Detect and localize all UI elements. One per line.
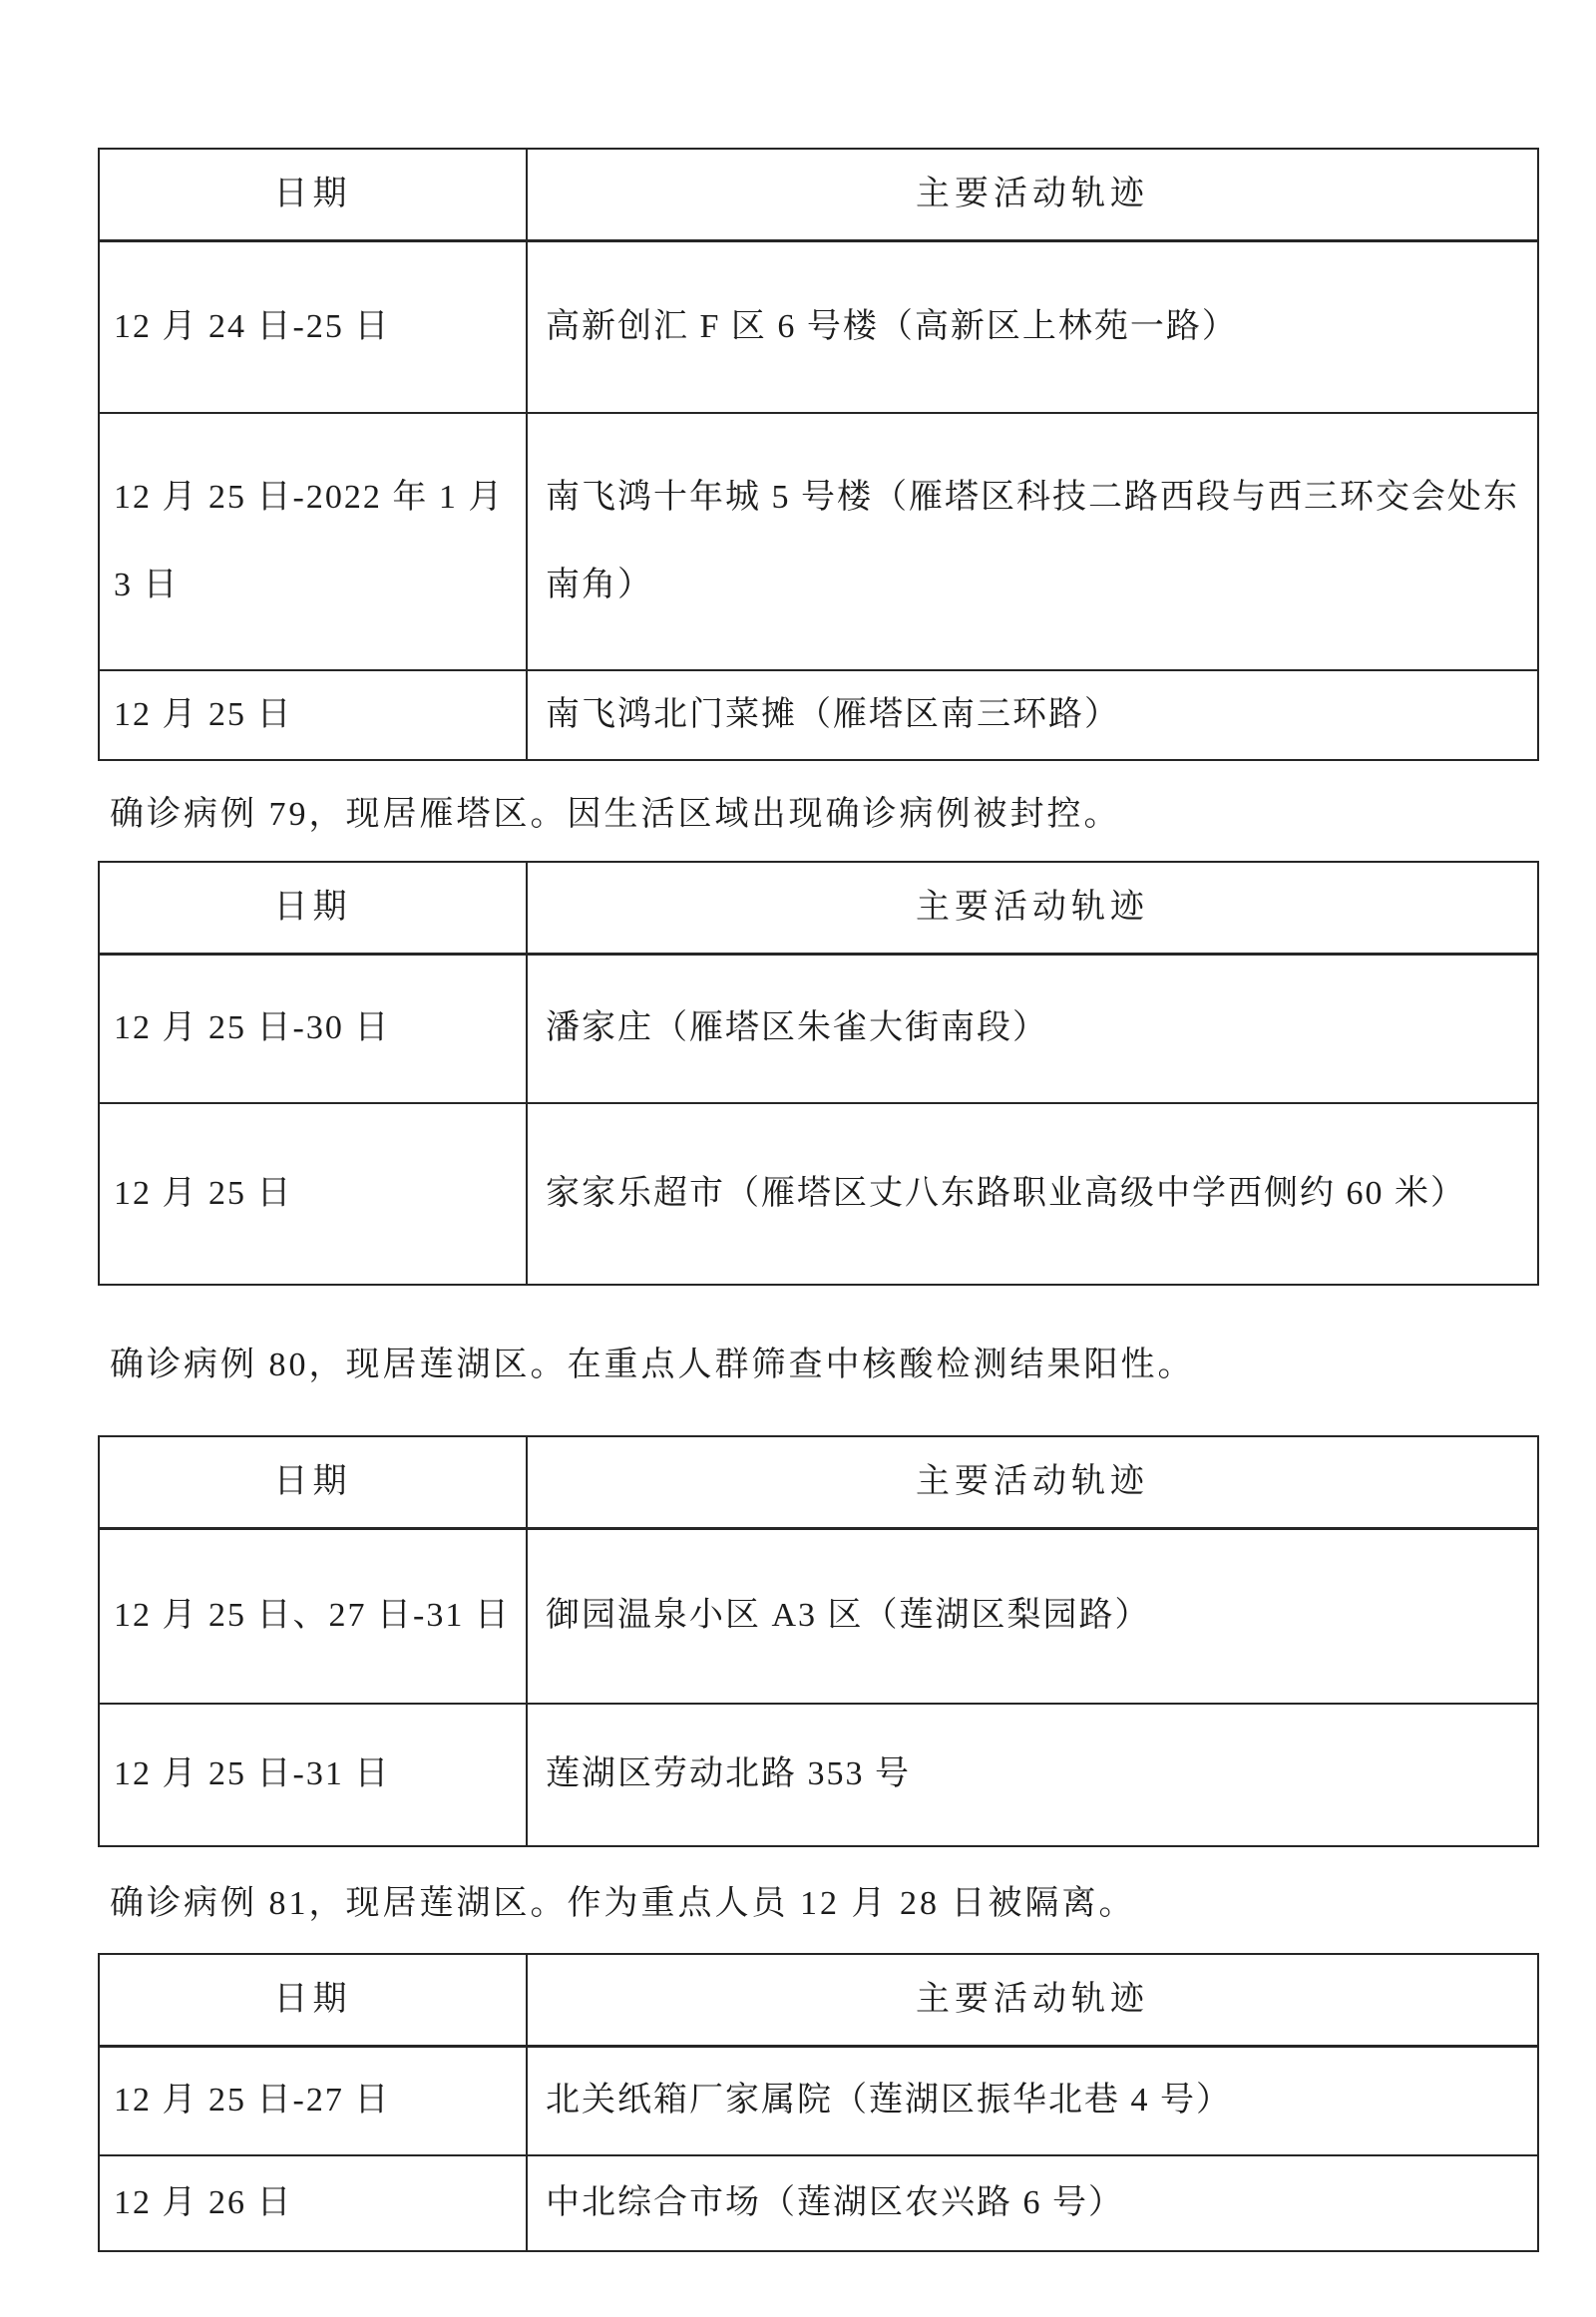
track-cell: 潘家庄（雁塔区朱雀大街南段） [527, 954, 1538, 1103]
case-80-paragraph: 确诊病例 80，现居莲湖区。在重点人群筛查中核酸检测结果阳性。 [0, 1286, 1596, 1435]
table-row: 12 月 24 日-25 日 高新创汇 F 区 6 号楼（高新区上林苑一路） [99, 241, 1538, 413]
header-date: 日期 [99, 149, 527, 241]
date-cell: 12 月 25 日-27 日 [99, 2046, 527, 2155]
table-header-row: 日期 主要活动轨迹 [99, 1436, 1538, 1529]
header-track: 主要活动轨迹 [527, 1954, 1538, 2047]
activity-table-4: 日期 主要活动轨迹 12 月 25 日-27 日 北关纸箱厂家属院（莲湖区振华北… [98, 1953, 1539, 2253]
table-header-row: 日期 主要活动轨迹 [99, 862, 1538, 955]
date-cell: 12 月 25 日-2022 年 1 月 3 日 [99, 413, 527, 670]
table-row: 12 月 25 日 家家乐超市（雁塔区丈八东路职业高级中学西侧约 60 米） [99, 1103, 1538, 1285]
case-79-paragraph: 确诊病例 79，现居雁塔区。因生活区域出现确诊病例被封控。 [0, 761, 1596, 861]
header-track: 主要活动轨迹 [527, 149, 1538, 241]
header-track: 主要活动轨迹 [527, 1436, 1538, 1529]
date-cell: 12 月 24 日-25 日 [99, 241, 527, 413]
header-date: 日期 [99, 1954, 527, 2047]
activity-table-1: 日期 主要活动轨迹 12 月 24 日-25 日 高新创汇 F 区 6 号楼（高… [98, 148, 1539, 761]
case-81-paragraph: 确诊病例 81，现居莲湖区。作为重点人员 12 月 28 日被隔离。 [0, 1847, 1596, 1953]
header-date: 日期 [99, 1436, 527, 1529]
document-page: 日期 主要活动轨迹 12 月 24 日-25 日 高新创汇 F 区 6 号楼（高… [0, 0, 1596, 2317]
table-header-row: 日期 主要活动轨迹 [99, 1954, 1538, 2047]
header-track: 主要活动轨迹 [527, 862, 1538, 955]
table-row: 12 月 26 日 中北综合市场（莲湖区农兴路 6 号） [99, 2155, 1538, 2251]
track-cell: 中北综合市场（莲湖区农兴路 6 号） [527, 2155, 1538, 2251]
date-cell: 12 月 25 日-31 日 [99, 1704, 527, 1846]
activity-table-3: 日期 主要活动轨迹 12 月 25 日、27 日-31 日 御园温泉小区 A3 … [98, 1435, 1539, 1847]
table-header-row: 日期 主要活动轨迹 [99, 149, 1538, 241]
track-cell: 北关纸箱厂家属院（莲湖区振华北巷 4 号） [527, 2046, 1538, 2155]
table-row: 12 月 25 日-2022 年 1 月 3 日 南飞鸿十年城 5 号楼（雁塔区… [99, 413, 1538, 670]
table-row: 12 月 25 日 南飞鸿北门菜摊（雁塔区南三环路） [99, 670, 1538, 760]
date-cell: 12 月 25 日、27 日-31 日 [99, 1529, 527, 1704]
date-cell: 12 月 26 日 [99, 2155, 527, 2251]
track-cell: 莲湖区劳动北路 353 号 [527, 1704, 1538, 1846]
header-date: 日期 [99, 862, 527, 955]
track-cell: 御园温泉小区 A3 区（莲湖区梨园路） [527, 1529, 1538, 1704]
date-cell: 12 月 25 日 [99, 670, 527, 760]
table-row: 12 月 25 日-31 日 莲湖区劳动北路 353 号 [99, 1704, 1538, 1846]
table-row: 12 月 25 日、27 日-31 日 御园温泉小区 A3 区（莲湖区梨园路） [99, 1529, 1538, 1704]
date-cell: 12 月 25 日 [99, 1103, 527, 1285]
track-cell: 南飞鸿十年城 5 号楼（雁塔区科技二路西段与西三环交会处东南角） [527, 413, 1538, 670]
track-cell: 家家乐超市（雁塔区丈八东路职业高级中学西侧约 60 米） [527, 1103, 1538, 1285]
table-row: 12 月 25 日-27 日 北关纸箱厂家属院（莲湖区振华北巷 4 号） [99, 2046, 1538, 2155]
track-cell: 高新创汇 F 区 6 号楼（高新区上林苑一路） [527, 241, 1538, 413]
track-cell: 南飞鸿北门菜摊（雁塔区南三环路） [527, 670, 1538, 760]
activity-table-2: 日期 主要活动轨迹 12 月 25 日-30 日 潘家庄（雁塔区朱雀大街南段） … [98, 861, 1539, 1287]
date-cell: 12 月 25 日-30 日 [99, 954, 527, 1103]
table-row: 12 月 25 日-30 日 潘家庄（雁塔区朱雀大街南段） [99, 954, 1538, 1103]
